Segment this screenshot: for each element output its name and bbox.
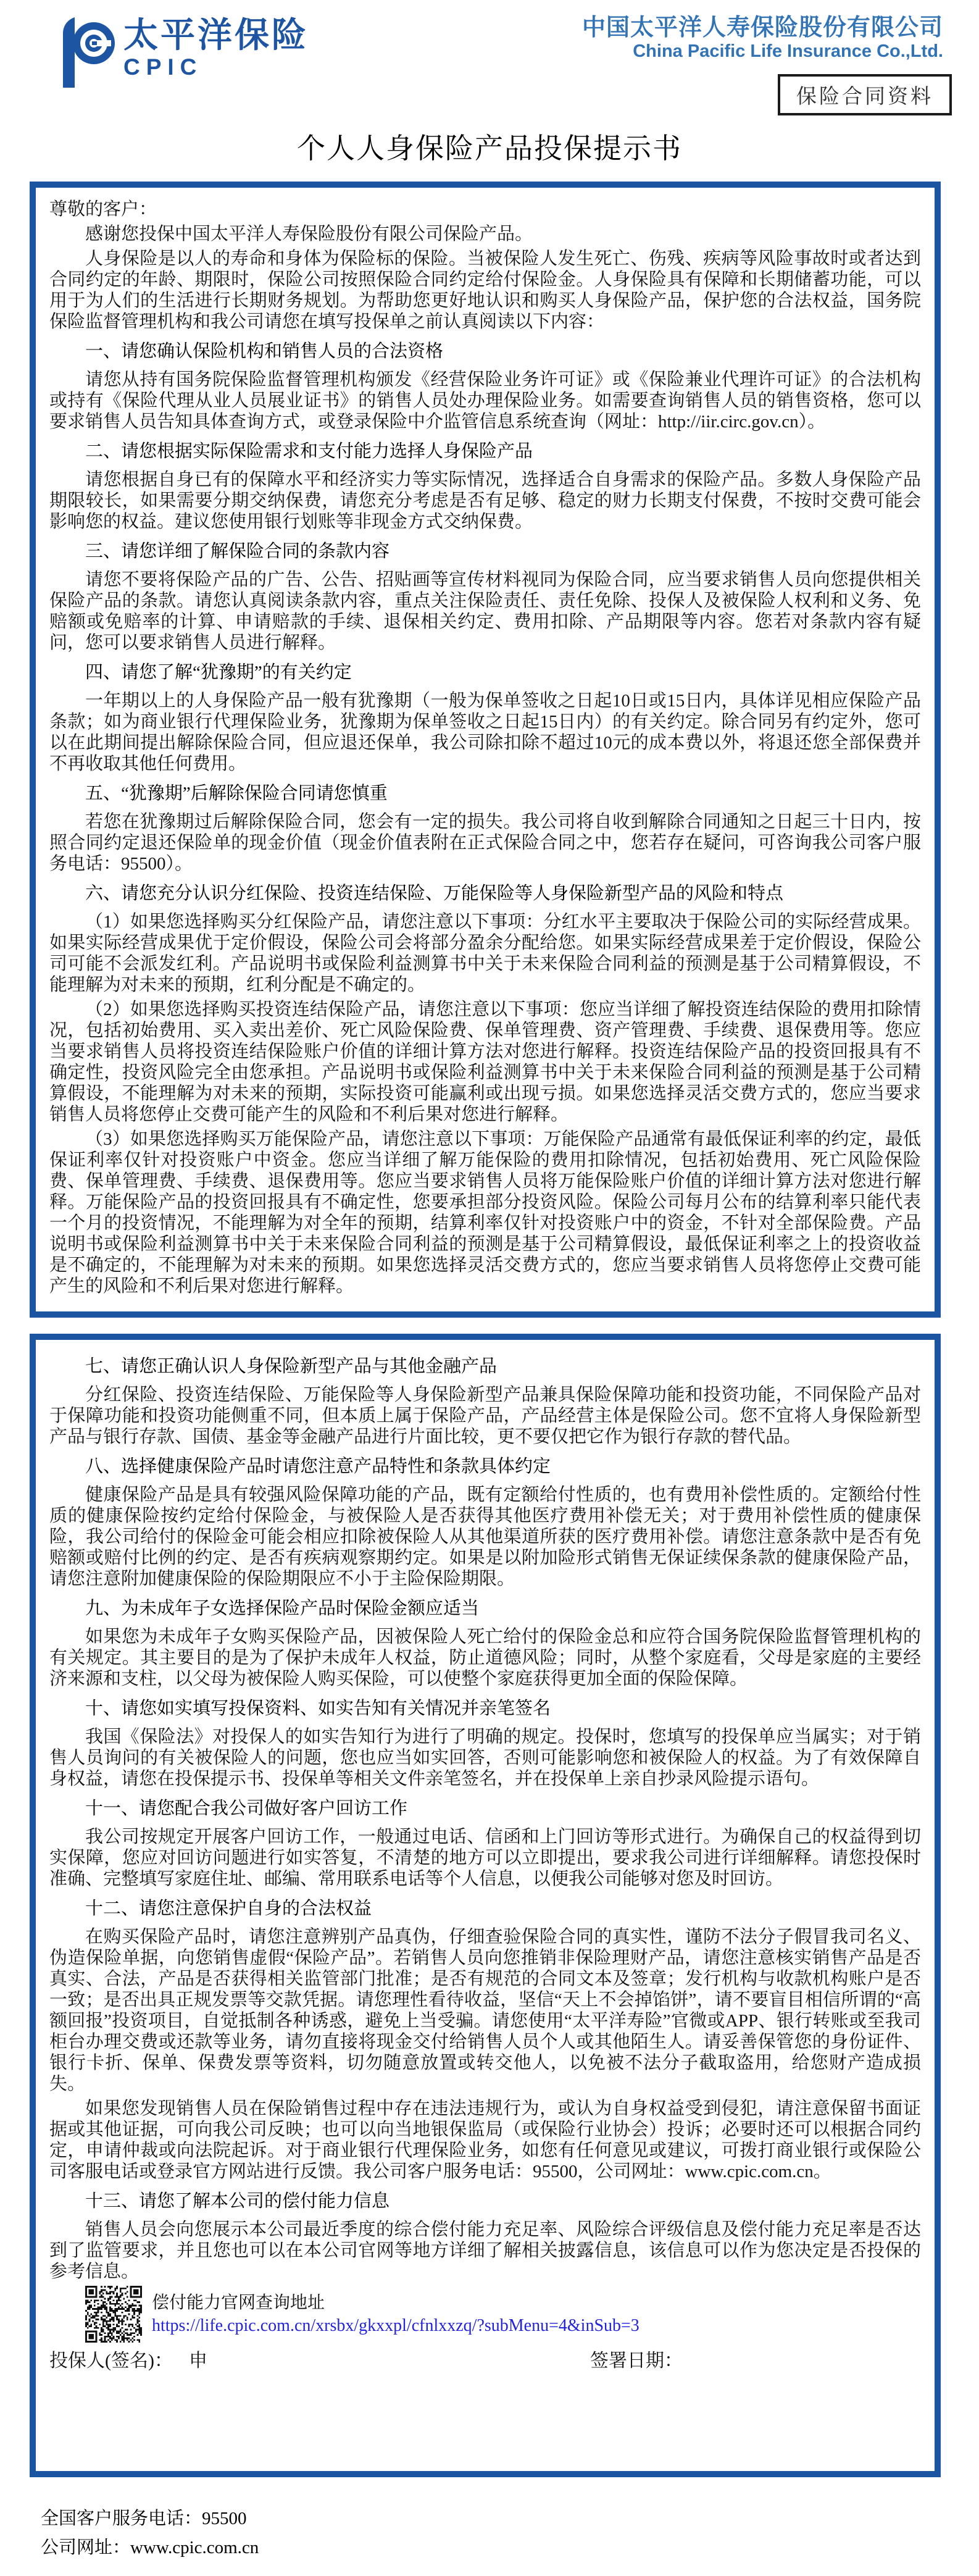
notice-box-2: 七、请您正确认识人身保险新型产品与其他金融产品分红保险、投资连结保险、万能保险等… <box>30 1334 941 2477</box>
paragraph: 健康保险产品是具有较强风险保障功能的产品，既有定额给付性质的，也有费用补偿性质的… <box>49 1484 921 1589</box>
qr-code <box>85 2286 142 2343</box>
paragraph: （2）如果您选择购买投资连结保险产品，请您注意以下事项：您应当详细了解投资连结保… <box>49 999 921 1125</box>
signature-date-label: 签署日期： <box>590 2349 683 2373</box>
company-name-cn: 中国太平洋人寿保险股份有限公司 <box>582 15 943 41</box>
policyholder-signature-label: 投保人(签名)： <box>49 2349 173 2373</box>
brand-name-cn: 太平洋保险 <box>123 16 309 54</box>
section-heading: 十一、请您配合我公司做好客户回访工作 <box>49 1798 921 1819</box>
paragraph: 我国《保险法》对投保人的如实告知行为进行了明确的规定。投保时，您填写的投保单应当… <box>49 1726 921 1789</box>
notice-box-1-content: 尊敬的客户：感谢您投保中国太平洋人寿保险股份有限公司保险产品。人身保险是以人的寿… <box>49 199 921 1297</box>
paragraph: 尊敬的客户： <box>49 199 921 220</box>
company-name-block: 中国太平洋人寿保险股份有限公司 China Pacific Life Insur… <box>582 15 943 62</box>
section-heading: 八、选择健康保险产品时请您注意产品特性和条款具体约定 <box>49 1456 921 1477</box>
cpic-logo-icon <box>62 16 115 91</box>
page-title: 个人人身保险产品投保提示书 <box>0 126 979 167</box>
paragraph: 人身保险是以人的寿命和身体为保险标的保险。当被保险人发生死亡、伤残、疾病等风险事… <box>49 248 921 332</box>
paragraph: 在购买保险产品时，请您注意辨别产品真伪，仔细查验保险合同的真实性，谨防不法分子假… <box>49 1926 921 2094</box>
section-heading: 三、请您详细了解保险合同的条款内容 <box>49 541 921 562</box>
policyholder-signature-value: 申 <box>189 2349 207 2373</box>
paragraph: 如果您为未成年子女购买保险产品，因被保险人死亡给付的保险金总和应符合国务院保险监… <box>49 1626 921 1689</box>
footer-hotline: 全国客户服务电话：95500 <box>41 2504 979 2533</box>
section-heading: 十三、请您了解本公司的偿付能力信息 <box>49 2191 921 2212</box>
section-heading: 七、请您正确认识人身保险新型产品与其他金融产品 <box>49 1356 921 1377</box>
paragraph: 请您不要将保险产品的广告、公告、招贴画等宣传材料视同为保险合同，应当要求销售人员… <box>49 569 921 653</box>
section-heading: 九、为未成年子女选择保险产品时保险金额应适当 <box>49 1598 921 1619</box>
paragraph: （1）如果您选择购买分红保险产品，请您注意以下事项：分红水平主要取决于保险公司的… <box>49 911 921 995</box>
solvency-query-link[interactable]: https://life.cpic.com.cn/xrsbx/gkxxpl/cf… <box>152 2315 639 2337</box>
paragraph: 若您在犹豫期过后解除保险合同，您会有一定的损失。我公司将自收到解除合同通知之日起… <box>49 811 921 874</box>
section-heading: 四、请您了解“犹豫期”的有关约定 <box>49 662 921 683</box>
page-footer: 全国客户服务电话：95500 公司网址：www.cpic.com.cn <box>41 2504 979 2562</box>
notice-box-1: 尊敬的客户：感谢您投保中国太平洋人寿保险股份有限公司保险产品。人身保险是以人的寿… <box>30 182 941 1318</box>
paragraph: 我公司按规定开展客户回访工作，一般通过电话、信函和上门回访等形式进行。为确保自己… <box>49 1826 921 1889</box>
section-heading: 十、请您如实填写投保资料、如实告知有关情况并亲笔签名 <box>49 1698 921 1719</box>
notice-box-2-content: 七、请您正确认识人身保险新型产品与其他金融产品分红保险、投资连结保险、万能保险等… <box>49 1356 921 2282</box>
section-heading: 六、请您充分认识分红保险、投资连结保险、万能保险等人身保险新型产品的风险和特点 <box>49 883 921 904</box>
section-heading: 二、请您根据实际保险需求和支付能力选择人身保险产品 <box>49 441 921 462</box>
paragraph: 分红保险、投资连结保险、万能保险等人身保险新型产品兼具保险保障功能和投资功能，不… <box>49 1384 921 1447</box>
paragraph: 销售人员会向您展示本公司最近季度的综合偿付能力充足率、风险综合评级信息及偿付能力… <box>49 2219 921 2282</box>
paragraph: 如果您发现销售人员在保险销售过程中存在违法违规行为，或认为自身权益受到侵犯，请注… <box>49 2098 921 2182</box>
section-heading: 五、“犹豫期”后解除保险合同请您慎重 <box>49 783 921 804</box>
paragraph: 感谢您投保中国太平洋人寿保险股份有限公司保险产品。 <box>49 224 921 245</box>
paragraph: 请您根据自身已有的保障水平和经济实力等实际情况，选择适合自身需求的保险产品。多数… <box>49 469 921 532</box>
signature-row: 投保人(签名)： 申 签署日期： <box>49 2349 921 2373</box>
section-heading: 十二、请您注意保护自身的合法权益 <box>49 1898 921 1919</box>
brand-name-en: CPIC <box>123 56 309 79</box>
solvency-qr-block: 偿付能力官网查询地址 https://life.cpic.com.cn/xrsb… <box>85 2286 921 2343</box>
paragraph: （3）如果您选择购买万能保险产品，请您注意以下事项：万能保险产品通常有最低保证利… <box>49 1129 921 1297</box>
contract-material-tag: 保险合同资料 <box>778 74 952 115</box>
footer-website: 公司网址：www.cpic.com.cn <box>41 2533 979 2562</box>
solvency-qr-label: 偿付能力官网查询地址 <box>152 2291 639 2315</box>
cpic-logo: 太平洋保险 CPIC <box>62 16 309 91</box>
section-heading: 一、请您确认保险机构和销售人员的合法资格 <box>49 341 921 362</box>
company-name-en: China Pacific Life Insurance Co.,Ltd. <box>582 41 943 62</box>
page-header: 太平洋保险 CPIC 中国太平洋人寿保险股份有限公司 China Pacific… <box>0 0 979 119</box>
paragraph: 一年期以上的人身保险产品一般有犹豫期（一般为保单签收之日起10日或15日内，具体… <box>49 690 921 774</box>
bottom-spacer <box>49 2373 921 2460</box>
paragraph: 请您从持有国务院保险监督管理机构颁发《经营保险业务许可证》或《保险兼业代理许可证… <box>49 369 921 432</box>
